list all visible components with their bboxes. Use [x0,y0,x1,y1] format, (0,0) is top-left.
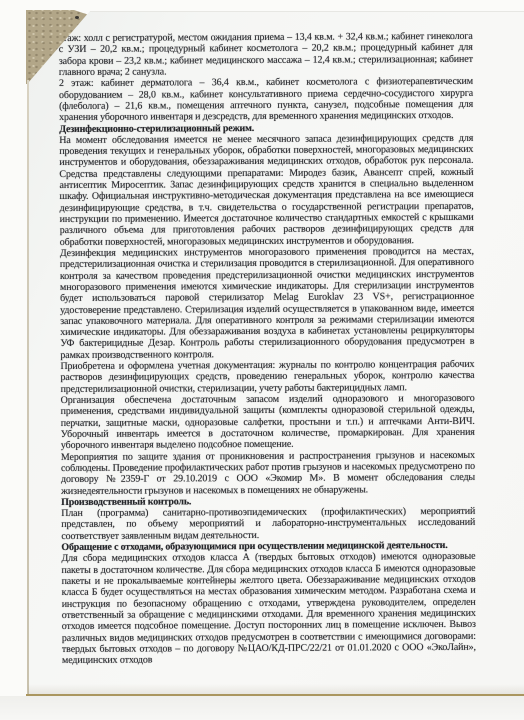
photo-background: этаж: холл с регистратурой, местом ожида… [0,0,524,720]
document-paragraph: На момент обследования имеется не менее … [59,133,474,248]
document-page: этаж: холл с регистратурой, местом ожида… [28,11,524,695]
document-paragraph: 2 этаж: кабинет дерматолога – 36,4 кв.м.… [59,76,473,123]
page-bottom-edge [26,694,524,696]
ink-dot-mark [75,16,79,19]
document-paragraph: План (программа) санитарно-противоэпидем… [61,506,475,542]
document-paragraph: Для сбора медицинских отходов класса А (… [61,551,476,666]
surface-below-page [0,696,524,720]
document-paragraph: Мероприятия по защите здания от проникно… [61,449,475,496]
page-top-edge [90,11,524,12]
document-paragraph: Приобретена и оформлена учетная документ… [60,359,474,395]
page-left-edge [27,80,29,696]
document-paragraph: Организация обеспечена достаточным запас… [61,393,475,452]
page-bottom-shade [28,684,524,694]
document-text: этаж: холл с регистратурой, местом ожида… [59,31,476,667]
document-paragraph: этаж: холл с регистратурой, местом ожида… [59,31,473,78]
document-paragraph: Дезинфекция медицинских инструментов мно… [60,246,475,361]
